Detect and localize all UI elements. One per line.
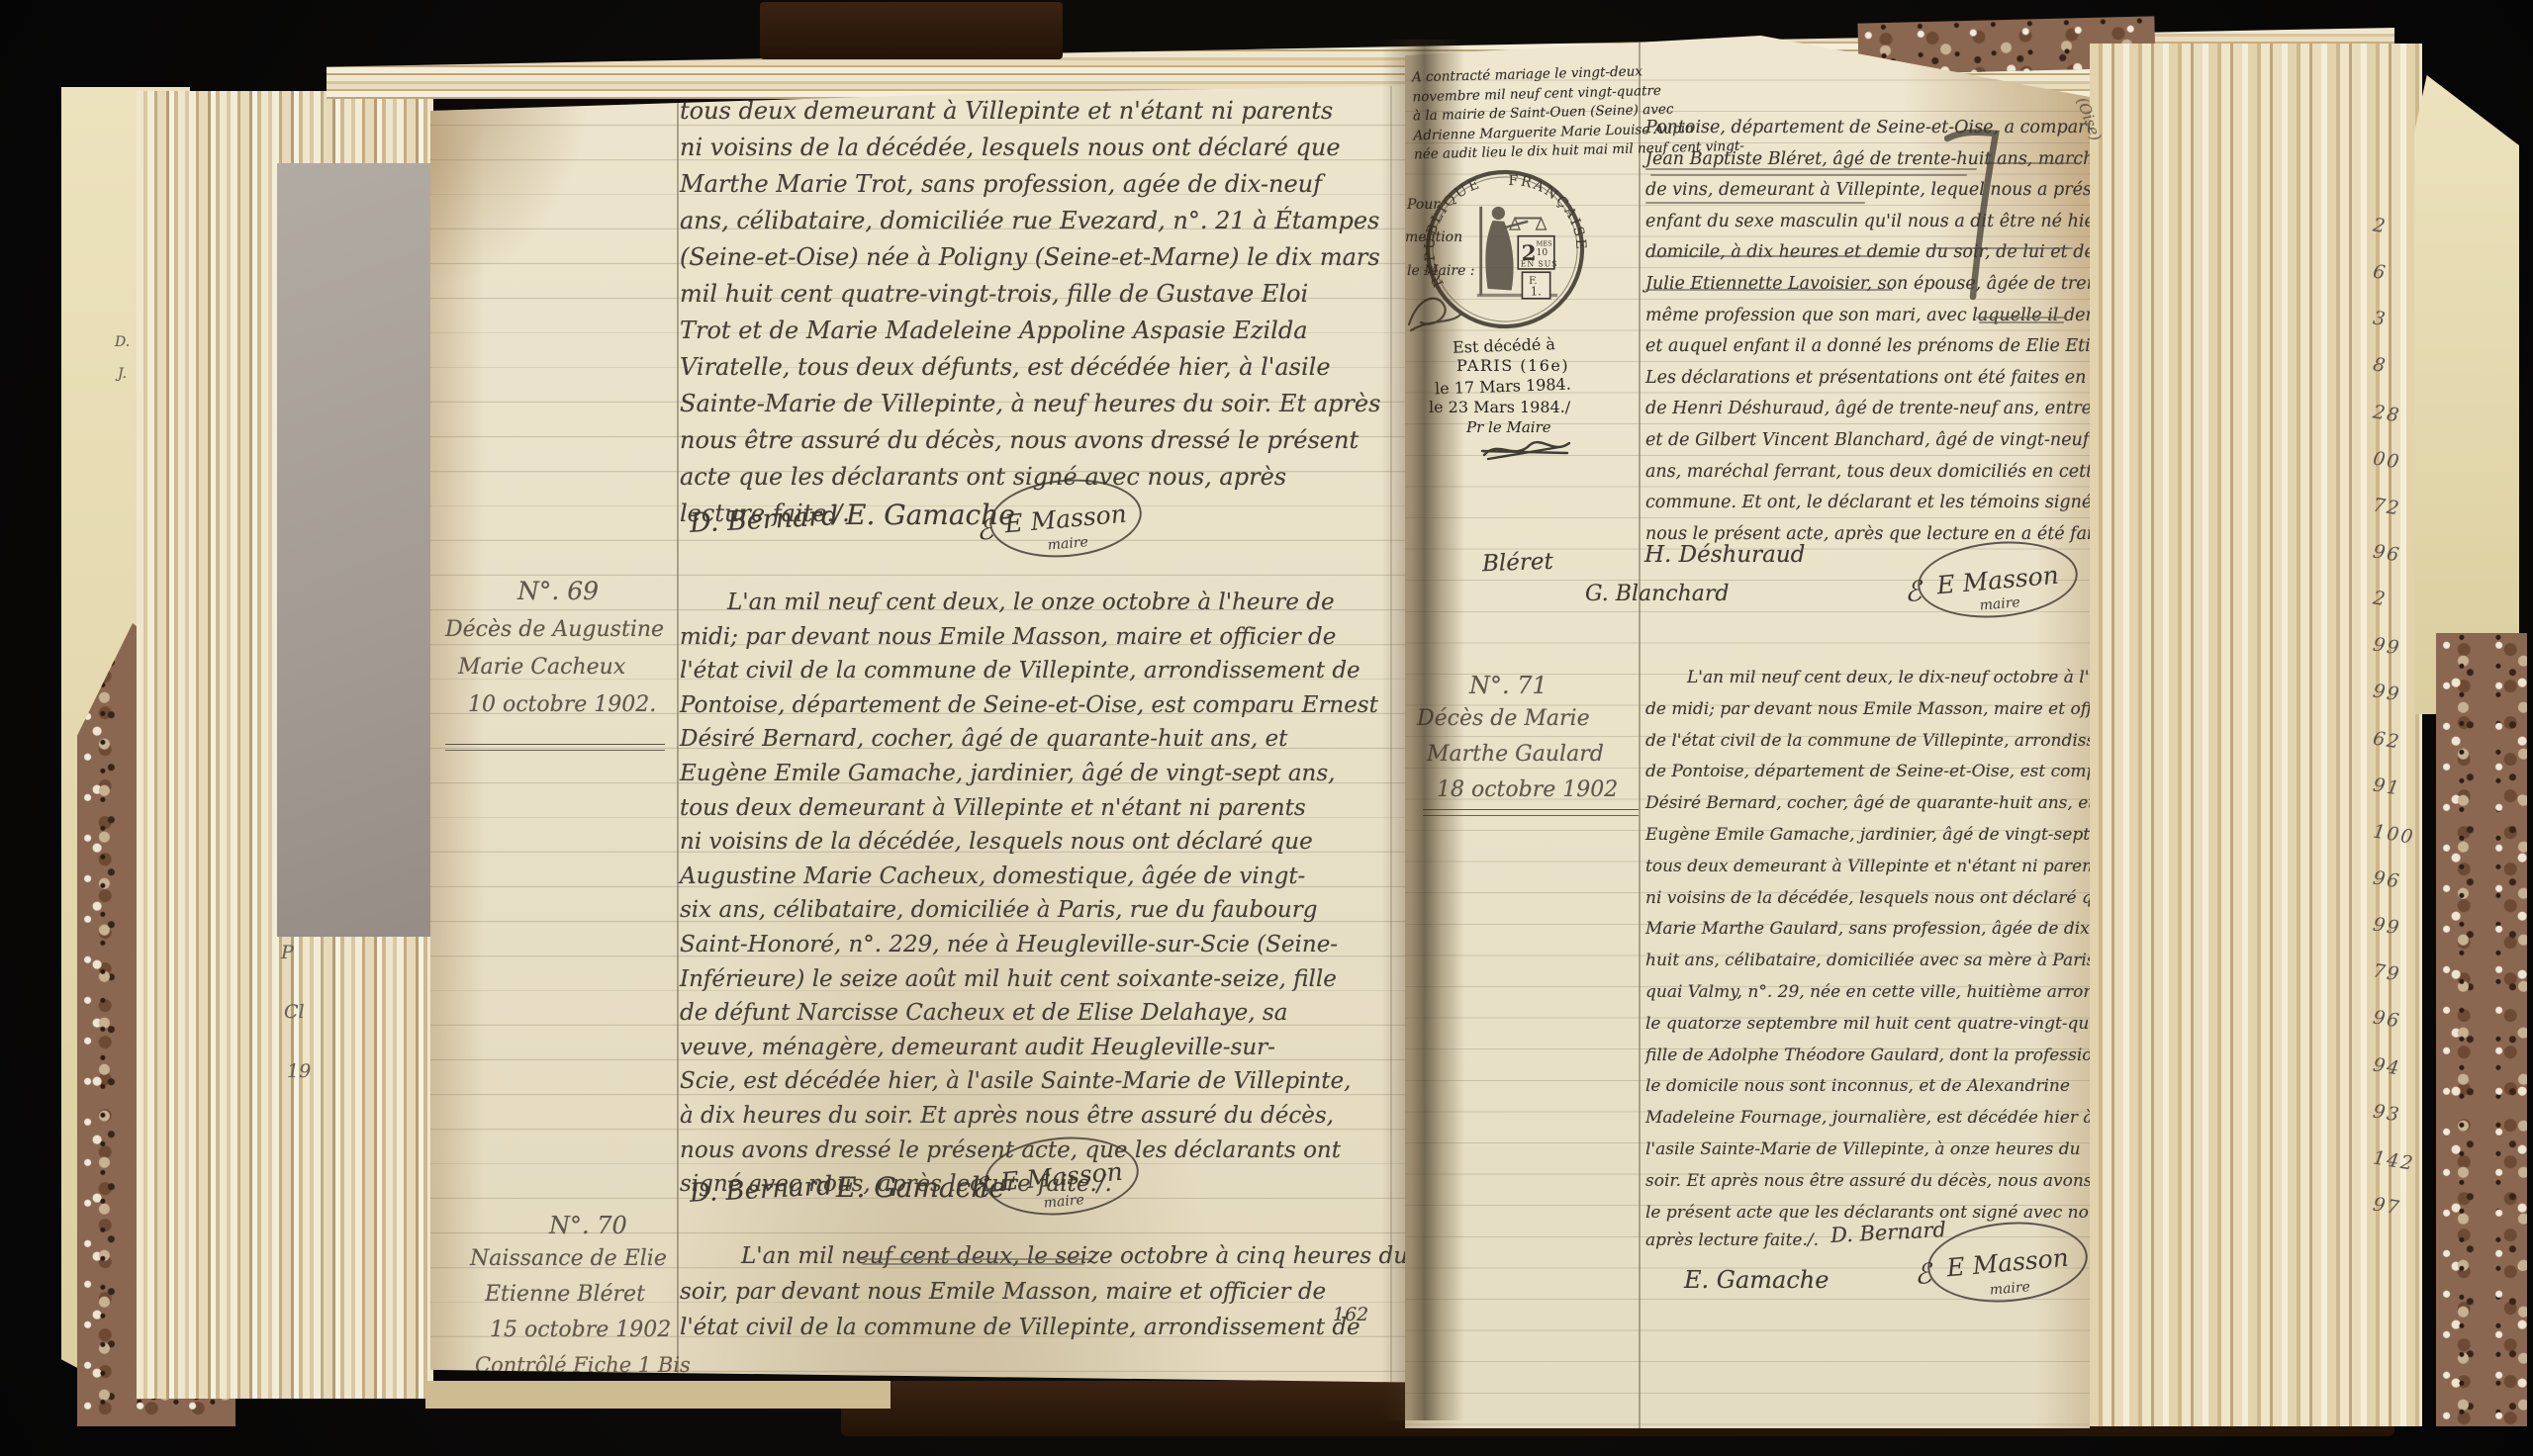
act-71-line: ni voisins de la décédée, lesquels nous … xyxy=(1645,883,2093,915)
act-68-line: ni voisins de la décédée, lesquels nous … xyxy=(680,130,1417,166)
act-69-line: Saint-Honoré, n°. 229, née à Heugleville… xyxy=(680,928,1420,962)
margin-rule-left-page xyxy=(677,85,679,1383)
stamp-value-mes: MES xyxy=(1537,240,1553,248)
signature-bernard-act71: D. Bernard xyxy=(1829,1218,1946,1247)
mayor-delegate-signature-scribble xyxy=(1480,435,1575,465)
act-71-line: le domicile nous sont inconnus, et de Al… xyxy=(1645,1071,2093,1103)
act-71-text-block: L'an mil neuf cent deux, le dix-neuf oct… xyxy=(1645,663,2093,1228)
folio-number: 162 xyxy=(1333,1304,1368,1325)
act-71-line: de Pontoise, département de Seine-et-Ois… xyxy=(1645,757,2093,788)
mayor-signature-name: E Masson xyxy=(1003,499,1128,538)
death-mention-line1: Est décédé à xyxy=(1453,334,1555,357)
mayor-signature-oval-act71: ℰ E Masson maire xyxy=(1924,1216,2091,1309)
fore-edge-number: 96 xyxy=(2372,866,2446,899)
act-71-line: Madeleine Fournage, journalière, est déc… xyxy=(1645,1103,2093,1135)
act-69-line: tous deux demeurant à Villepinte et n'ét… xyxy=(680,791,1420,826)
signature-bernard-act68: D. Bernard xyxy=(689,500,839,539)
act-71-line: Désiré Bernard, cocher, âgé de quarante-… xyxy=(1645,788,2093,820)
act-71-line: tous deux demeurant à Villepinte et n'ét… xyxy=(1645,852,2093,883)
margin-note-70-number: N°. 70 xyxy=(549,1212,627,1239)
act-70-line: Julie Etiennette Lavoisier, son épouse, … xyxy=(1645,269,2093,301)
fore-edge-number: 99 xyxy=(2372,634,2446,667)
fore-edge-number: 91 xyxy=(2372,773,2446,806)
edge-writing-fragment: D. xyxy=(115,334,130,350)
mayor-signature-title: maire xyxy=(1043,1192,1084,1212)
fore-edge-number: 00 xyxy=(2372,447,2446,480)
act-69-line: à dix heures du soir. Et après nous être… xyxy=(680,1099,1420,1134)
stamp-value-1: 1. xyxy=(1531,284,1542,298)
margin-note-71-line3: 18 octobre 1902 xyxy=(1437,777,1618,802)
photo-of-open-civil-register: tous deux demeurant à Villepinte et n'ét… xyxy=(0,0,2533,1456)
pencil-numeral-7 xyxy=(1944,127,2002,303)
act-69-line: Inférieure) le seize août mil huit cent … xyxy=(680,962,1420,997)
act-69-line: midi; par devant nous Emile Masson, mair… xyxy=(680,620,1420,655)
act-71-line: fille de Adolphe Théodore Gaulard, dont … xyxy=(1645,1041,2093,1072)
act-69-line: ni voisins de la décédée, lesquels nous … xyxy=(680,825,1420,860)
act-68-line: Sainte-Marie de Villepinte, à neuf heure… xyxy=(680,386,1417,422)
act-71-line: le quatorze septembre mil huit cent quat… xyxy=(1645,1009,2093,1041)
act-69-line: Pontoise, département de Seine-et-Oise, … xyxy=(680,688,1420,723)
fore-edge-number: 94 xyxy=(2372,1053,2446,1086)
register-left-page: tous deux demeurant à Villepinte et n'ét… xyxy=(430,85,1446,1383)
act-71-line: L'an mil neuf cent deux, le dix-neuf oct… xyxy=(1687,663,2093,694)
fore-edge-number: 99 xyxy=(2372,681,2446,713)
act-70-line: Pontoise, département de Seine-et-Oise, … xyxy=(1645,113,2093,144)
act-69-line: Scie, est décédée hier, à l'asile Sainte… xyxy=(680,1064,1420,1099)
act-71-line: Marie Marthe Gaulard, sans profession, â… xyxy=(1645,914,2093,946)
fore-edge-number: 72 xyxy=(2372,494,2446,526)
act-68-line: mil huit cent quatre-vingt-trois, fille … xyxy=(680,276,1417,313)
act-71-line: soir. Et après nous être assuré du décès… xyxy=(1645,1166,2093,1198)
act-70-start-block: L'an mil neuf cent deux, le seize octobr… xyxy=(680,1238,1420,1345)
fore-edge-number: 62 xyxy=(2372,727,2446,760)
act-70-line: Les déclarations et présentations ont ét… xyxy=(1645,363,2093,395)
death-mention-line5: Pr le Maire xyxy=(1466,418,1551,436)
fore-edge-number: 6 xyxy=(2372,261,2446,294)
stamp-value-ensus: EN SUS xyxy=(1521,259,1558,268)
act-69-line: L'an mil neuf cent deux, le onze octobre… xyxy=(727,586,1420,620)
margin-note-69-line2: Marie Cacheux xyxy=(458,655,625,680)
signature-deshuraud: H. Déshuraud xyxy=(1644,542,1805,568)
margin-note-70-line2: Etienne Bléret xyxy=(485,1282,645,1307)
act-68-line: Marthe Marie Trot, sans profession, agée… xyxy=(680,166,1417,203)
margin-note-70-control: Contrôlé Fiche 1 Bis xyxy=(475,1353,691,1377)
republique-francaise-revenue-stamp: RÉPUBLIQUE FRANÇAISE 2 MES 10 EN SUS xyxy=(1423,167,1587,331)
marriage-mention-block: A contracté mariage le vingt-deuxnovembr… xyxy=(1412,62,1669,165)
fore-edge-number: 96 xyxy=(2372,540,2446,573)
mayor-signature-name: E Masson xyxy=(999,1156,1124,1196)
mayor-signature-name: E Masson xyxy=(1945,1242,2070,1282)
act-70-line: enfant du sexe masculin qu'il nous a dit… xyxy=(1645,207,2093,238)
act-69-line: six ans, célibataire, domiciliée à Paris… xyxy=(680,893,1420,928)
act-69-line: veuve, ménagère, demeurant audit Heuglev… xyxy=(680,1031,1420,1065)
act-69-line: Désiré Bernard, cocher, âgé de quarante-… xyxy=(680,722,1420,757)
fore-edge-number: 142 xyxy=(2372,1146,2446,1179)
act-70-line: soir, par devant nous Emile Masson, mair… xyxy=(680,1274,1420,1310)
margin-note-70-line1: Naissance de Elie xyxy=(470,1246,667,1271)
act-70-line: commune. Et ont, le déclarant et les tém… xyxy=(1645,488,2093,519)
fore-edge-number: 99 xyxy=(2372,914,2446,947)
insert-writing-fragment: P xyxy=(281,942,294,963)
act-68-line: (Seine-et-Oise) née à Poligny (Seine-et-… xyxy=(680,239,1417,276)
margin-rule-right-page xyxy=(1639,36,1641,1428)
mayor-signature-title: maire xyxy=(1047,534,1088,554)
act-71-line: l'asile Sainte-Marie de Villepinte, à on… xyxy=(1645,1135,2093,1166)
margin-note-71-number: N°. 71 xyxy=(1469,672,1548,699)
act-70-line: et de Gilbert Vincent Blanchard, âgé de … xyxy=(1645,425,2093,457)
act-70-line: de Henri Déshuraud, âgé de trente-neuf a… xyxy=(1645,394,2093,425)
fore-edge-number: 79 xyxy=(2372,960,2446,993)
edge-writing-fragment: J. xyxy=(118,366,127,382)
act-70-line: et auquel enfant il a donné les prénoms … xyxy=(1645,331,2093,363)
act-68-line: Trot et de Marie Madeleine Appoline Aspa… xyxy=(680,313,1417,349)
fore-edge-number: 100 xyxy=(2372,820,2446,853)
signature-gamache-act71: E. Gamache xyxy=(1684,1266,1829,1294)
fore-edge-number: 3 xyxy=(2372,308,2446,340)
fore-edge-number: 93 xyxy=(2372,1100,2446,1133)
act-71-line: huit ans, célibataire, domiciliée avec s… xyxy=(1645,946,2093,977)
fore-edge-number: 2 xyxy=(2372,588,2446,620)
margin-note-71-line1: Décès de Marie xyxy=(1417,706,1590,731)
signature-bleret: Bléret xyxy=(1482,549,1554,577)
act-68-line: ans, célibataire, domiciliée rue Evezard… xyxy=(680,203,1417,239)
mayor-signature-name: E Masson xyxy=(1935,560,2060,599)
margin-note-69-rule xyxy=(445,744,665,751)
signature-flourish: ℰ xyxy=(1913,1257,1932,1291)
death-mention-line3: le 17 Mars 1984. xyxy=(1435,375,1571,399)
act-70-line: Jean Baptiste Bléret, âgé de trente-huit… xyxy=(1645,144,2093,176)
fore-edge-number: 8 xyxy=(2372,354,2446,387)
right-marbled-cover xyxy=(2436,633,2527,1426)
act-70-line: ans, maréchal ferrant, tous deux domicil… xyxy=(1645,457,2093,489)
act-69-text-block: L'an mil neuf cent deux, le onze octobre… xyxy=(680,586,1420,1202)
signature-bernard-act69: D. Bernard xyxy=(689,1171,833,1209)
act-69-line: de défunt Narcisse Cacheux et de Elise D… xyxy=(680,996,1420,1031)
signature-blanchard: G. Blanchard xyxy=(1585,582,1729,606)
act-69-line: Augustine Marie Cacheux, domestique, âgé… xyxy=(680,860,1420,894)
fore-edge-number: 2 xyxy=(2372,215,2446,247)
signature-flourish: ℰ xyxy=(1903,575,1923,608)
insert-writing-fragment: Cl xyxy=(284,1001,305,1023)
act-70-continuation-block: Pontoise, département de Seine-et-Oise, … xyxy=(1645,113,2093,550)
insert-writing-fragment: 19 xyxy=(287,1060,311,1082)
register-right-page: 4e A contracté mariage le vingt-deuxnove… xyxy=(1405,36,2090,1428)
act-68-line: nous être assuré du décès, nous avons dr… xyxy=(680,422,1417,459)
act-71-line: Eugène Emile Gamache, jardinier, âgé de … xyxy=(1645,820,2093,852)
act-71-line: de midi; par devant nous Emile Masson, m… xyxy=(1645,694,2093,726)
fore-edge-number: 96 xyxy=(2372,1007,2446,1040)
act-68-text-block: tous deux demeurant à Villepinte et n'ét… xyxy=(680,93,1417,532)
act-70-line: L'an mil neuf cent deux, le seize octobr… xyxy=(741,1238,1420,1274)
margin-note-69-number: N°. 69 xyxy=(517,577,599,605)
stamp-value-plaque: 2 MES 10 EN SUS F. 1. xyxy=(1518,236,1557,299)
signature-flourish: ℰ xyxy=(970,1171,989,1205)
act-71-line: de l'état civil de la commune de Villepi… xyxy=(1645,726,2093,758)
mayor-signature-title: maire xyxy=(1979,594,2020,614)
bottom-left-edge-sliver xyxy=(425,1381,891,1409)
margin-note-71-line2: Marthe Gaulard xyxy=(1427,742,1604,767)
act-71-last-line: après lecture faite./. xyxy=(1645,1230,1819,1250)
act-68-line: Viratelle, tous deux défunts, est décédé… xyxy=(680,349,1417,386)
margin-note-70-line3: 15 octobre 1902 xyxy=(490,1318,671,1342)
stamp-value-10: 10 xyxy=(1537,248,1548,258)
mayor-signature-title: maire xyxy=(1989,1279,2030,1299)
signature-flourish: ℰ xyxy=(975,513,994,547)
act-71-line: quai Valmy, n°. 29, née en cette ville, … xyxy=(1645,977,2093,1009)
death-mention-line2: PARIS (16e) xyxy=(1456,356,1569,375)
margin-note-69-line1: Décès de Augustine xyxy=(445,617,664,642)
fore-edge-number-column: 2638280072962999962911009699799694931429… xyxy=(2373,220,2444,1221)
act-69-line: Eugène Emile Gamache, jardinier, âgé de … xyxy=(680,757,1420,791)
act-69-line: l'état civil de la commune de Villepinte… xyxy=(680,654,1420,688)
margin-note-69-line3: 10 octobre 1902. xyxy=(468,692,656,717)
death-mention-line4: le 23 Mars 1984./ xyxy=(1429,398,1570,416)
act-70-line: domicile, à dix heures et demie du soir,… xyxy=(1645,237,2093,269)
margin-note-71-rule xyxy=(1423,809,1639,816)
act-70-line: l'état civil de la commune de Villepinte… xyxy=(680,1310,1420,1345)
fore-edge-number: 28 xyxy=(2372,401,2446,433)
top-cover-strip xyxy=(760,2,1063,59)
